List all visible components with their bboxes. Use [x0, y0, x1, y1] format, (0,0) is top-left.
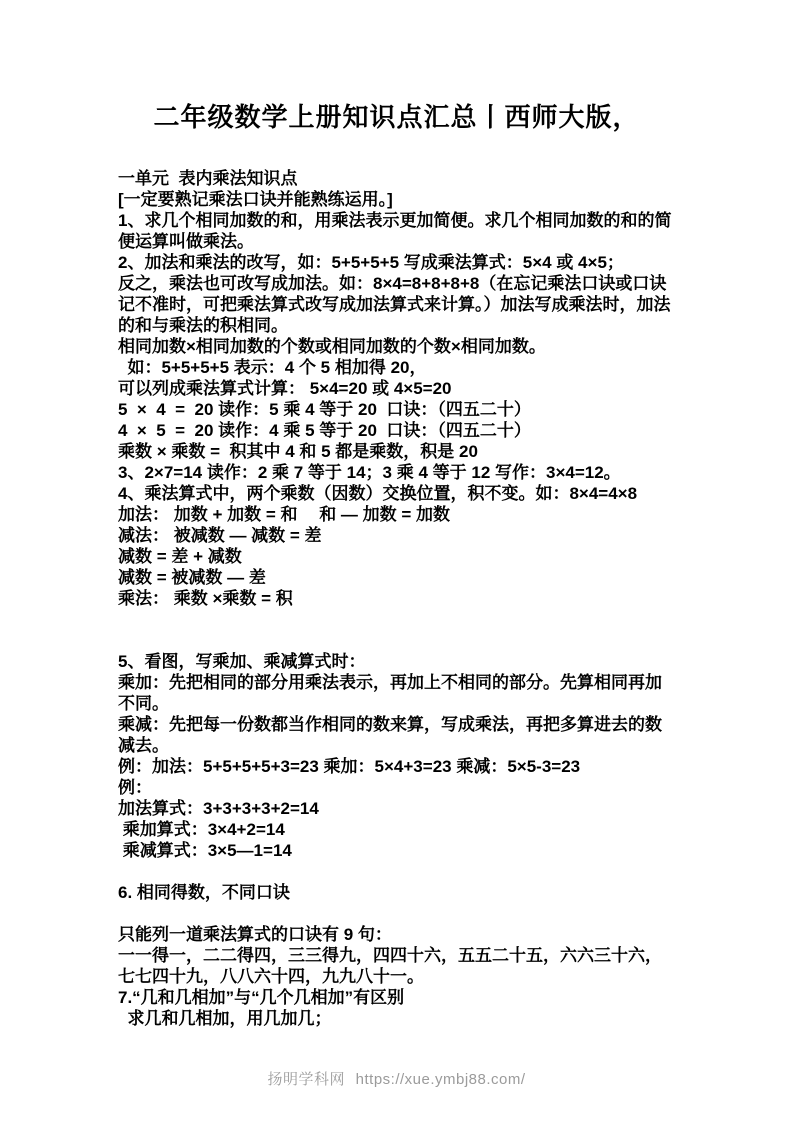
- text-line: 乘加算式：3×4+2=14: [118, 819, 684, 840]
- text-line: 记不准时，可把乘法算式改写成加法算式来计算。）加法写成乘法时，加法: [118, 294, 684, 315]
- text-line: 减数 = 被减数 — 差: [118, 567, 684, 588]
- blank-line: [118, 861, 684, 882]
- text-line: 乘减：先把每一份数都当作相同的数来算，写成乘法，再把多算进去的数: [118, 714, 684, 735]
- text-line: 一单元 表内乘法知识点: [118, 168, 684, 189]
- text-line: 减去。: [118, 735, 684, 756]
- document-body: 一单元 表内乘法知识点[一定要熟记乘法口诀并能熟练运用。]1、求几个相同加数的和…: [118, 168, 684, 1029]
- text-line: 4 × 5 = 20 读作：4 乘 5 等于 20 口诀：（四五二十）: [118, 420, 684, 441]
- blank-line: [118, 609, 684, 630]
- text-line: 不同。: [118, 693, 684, 714]
- text-line: 相同加数×相同加数的个数或相同加数的个数×相同加数。: [118, 336, 684, 357]
- text-line: 2、加法和乘法的改写，如：5+5+5+5 写成乘法算式：5×4 或 4×5；: [118, 252, 684, 273]
- text-line: 7.“几和几相加”与“几个几相加”有区别: [118, 987, 684, 1008]
- text-line: 只能列一道乘法算式的口诀有 9 句：: [118, 924, 684, 945]
- text-line: 1、求几个相同加数的和，用乘法表示更加简便。求几个相同加数的和的简: [118, 210, 684, 231]
- text-line: 例：加法：5+5+5+5+3=23 乘加：5×4+3=23 乘减：5×5-3=2…: [118, 756, 684, 777]
- text-line: 5、看图，写乘加、乘减算式时：: [118, 651, 684, 672]
- text-line: 5 × 4 = 20 读作：5 乘 4 等于 20 口诀：（四五二十）: [118, 399, 684, 420]
- text-line: 七七四十九，八八六十四，九九八十一。: [118, 966, 684, 987]
- text-line: 乘减算式：3×5—1=14: [118, 840, 684, 861]
- text-line: 加法算式：3+3+3+3+2=14: [118, 798, 684, 819]
- text-line: 例：: [118, 777, 684, 798]
- text-line: 加法： 加数 + 加数 = 和 和 — 加数 = 加数: [118, 504, 684, 525]
- footer-url: https://xue.ymbj88.com/: [356, 1071, 526, 1088]
- text-line: 乘法： 乘数 ×乘数 = 积: [118, 588, 684, 609]
- text-line: 如：5+5+5+5 表示：4 个 5 相加得 20，: [118, 357, 684, 378]
- footer-watermark: 扬明学科网 https://xue.ymbj88.com/: [0, 1068, 793, 1089]
- text-line: 6. 相同得数，不同口诀: [118, 882, 684, 903]
- page-title: 二年级数学上册知识点汇总丨西师大版，: [0, 97, 793, 134]
- blank-line: [118, 630, 684, 651]
- text-line: 便运算叫做乘法。: [118, 231, 684, 252]
- text-line: 求几和几相加，用几加几；: [118, 1008, 684, 1029]
- text-line: 可以列成乘法算式计算： 5×4=20 或 4×5=20: [118, 378, 684, 399]
- text-line: 一一得一，二二得四，三三得九，四四十六，五五二十五，六六三十六，: [118, 945, 684, 966]
- text-line: [一定要熟记乘法口诀并能熟练运用。]: [118, 189, 684, 210]
- text-line: 的和与乘法的积相同。: [118, 315, 684, 336]
- text-line: 3、2×7=14 读作：2 乘 7 等于 14；3 乘 4 等于 12 写作：3…: [118, 462, 684, 483]
- text-line: 乘加：先把相同的部分用乘法表示，再加上不相同的部分。先算相同再加: [118, 672, 684, 693]
- text-line: 乘数 × 乘数 = 积其中 4 和 5 都是乘数，积是 20: [118, 441, 684, 462]
- text-line: 减数 = 差 + 减数: [118, 546, 684, 567]
- text-line: 反之，乘法也可改写成加法。如：8×4=8+8+8+8（在忘记乘法口诀或口诀: [118, 273, 684, 294]
- document-page: 二年级数学上册知识点汇总丨西师大版， 一单元 表内乘法知识点[一定要熟记乘法口诀…: [0, 0, 793, 1122]
- text-line: 减法： 被减数 — 减数 = 差: [118, 525, 684, 546]
- footer-site-name: 扬明学科网: [267, 1071, 345, 1088]
- text-line: 4、乘法算式中，两个乘数（因数）交换位置，积不变。如：8×4=4×8: [118, 483, 684, 504]
- blank-line: [118, 903, 684, 924]
